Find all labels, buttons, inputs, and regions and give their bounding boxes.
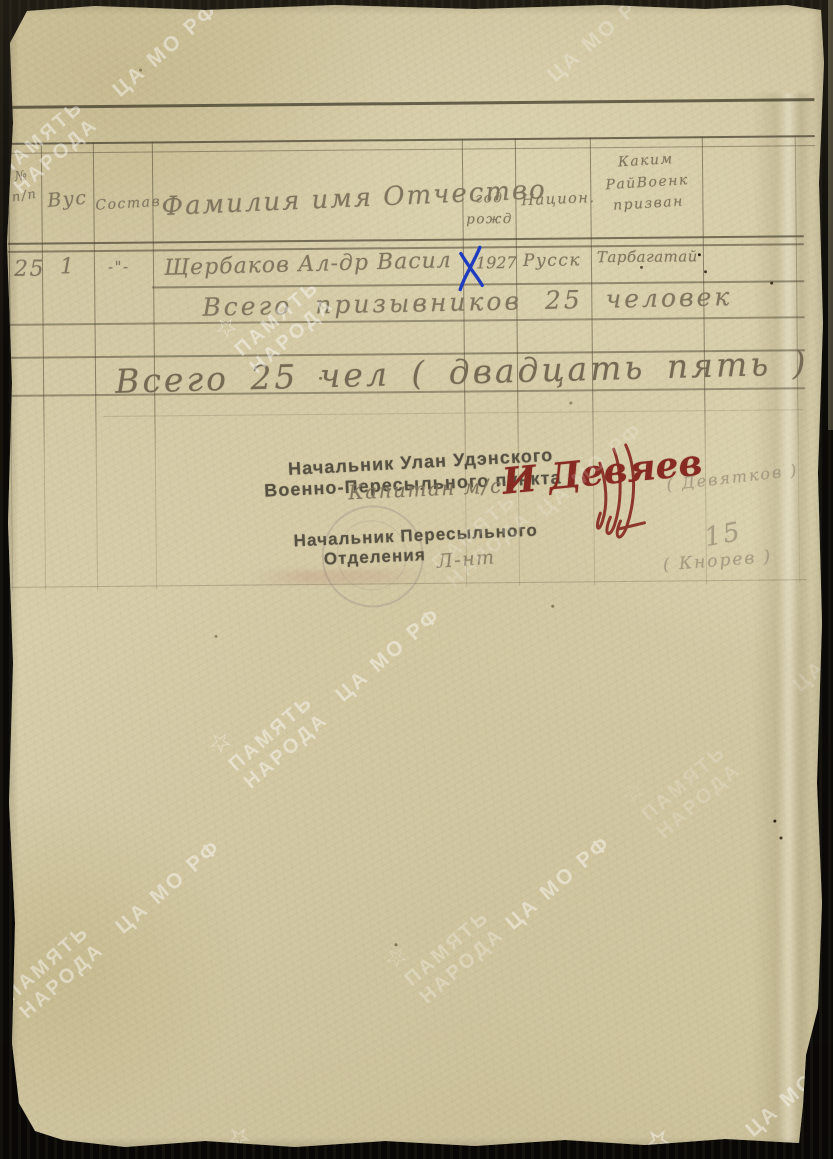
paper-sheet: № п/п Вус Состав Фамилия имя Отчество го…: [5, 3, 827, 1155]
adjacent-page-edge: [828, 0, 833, 430]
scanned-archive-page: { "document": { "type_note": "scanned WW…: [0, 0, 833, 1159]
edge-shading: [5, 3, 827, 1155]
